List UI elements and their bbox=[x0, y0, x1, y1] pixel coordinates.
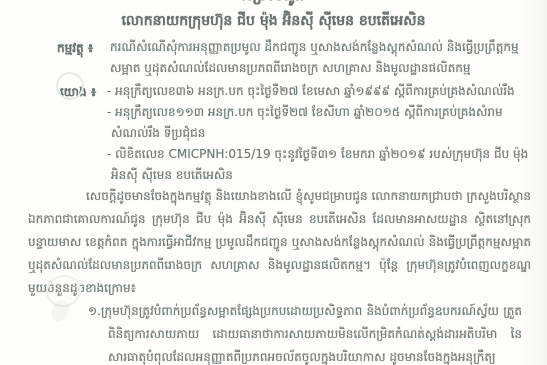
scan-smudge-mark bbox=[49, 298, 72, 324]
addressee-line: លោកនាយកក្រុមហ៊ុន ជីប ម៉ុង អ៊ិនស៊ី ស៊ីមេន… bbox=[0, 11, 547, 32]
subject-text: ករណីសំណើសុំការអនុញ្ញាតប្រមូល ដឹកជញ្ជូន ឬ… bbox=[110, 37, 532, 79]
subject-label: កម្មវត្ថុ ៖ bbox=[57, 40, 93, 58]
references-label: យោង ៖ bbox=[60, 84, 96, 102]
condition-item-1: ១.ក្រុមហ៊ុនត្រូវបំពាក់ប្រព័ន្ធសម្អាតផ្សែ… bbox=[108, 300, 522, 365]
reference-item-2: - អនុក្រឹត្យលេខ១១៣ អនក្រ.បក ចុះថ្ងៃទី២៧ … bbox=[107, 102, 534, 144]
clipped-title-fragment: ជម្រាបជូន bbox=[0, 0, 547, 9]
reference-item-1: - អនុក្រឹត្យលេខ៣៦ អនក្រ.បក ចុះថ្ងៃទី២៧ ខ… bbox=[107, 81, 534, 102]
scanned-letter-page: ជម្រាបជូន លោកនាយកក្រុមហ៊ុន ជីប ម៉ុង អ៊ិន… bbox=[0, 0, 547, 365]
reference-item-3: - លិខិតលេខ CMICPNH:015/19 ចុះនូវថ្ងៃទី៣១… bbox=[107, 144, 534, 186]
subject-line-2: សម្អាត ឬដុតសំណល់ដែលមានប្រភពពីរោងចក្រ សហគ… bbox=[110, 58, 532, 79]
references-list: - អនុក្រឹត្យលេខ៣៦ អនក្រ.បក ចុះថ្ងៃទី២៧ ខ… bbox=[107, 81, 534, 186]
subject-line-1: ករណីសំណើសុំការអនុញ្ញាតប្រមូល ដឹកជញ្ជូន ឬ… bbox=[110, 37, 532, 58]
body-paragraph: សេចក្តីដូចមានចែងក្នុងកម្មវត្ថុ និងយោងខាង… bbox=[28, 185, 531, 300]
